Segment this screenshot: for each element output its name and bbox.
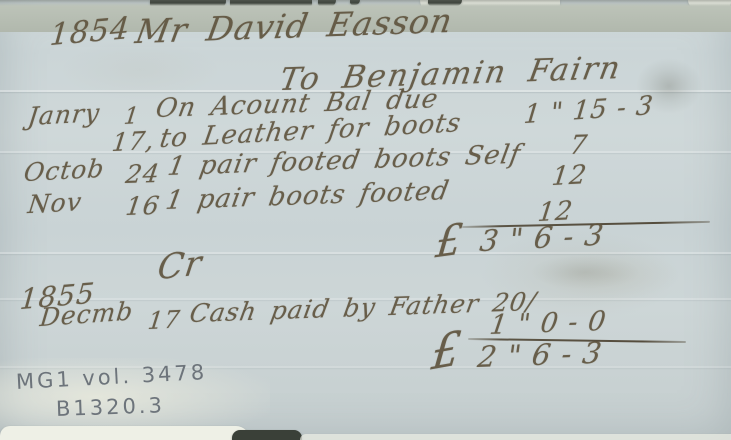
scanned-receipt-document: 1854 Mr David Easson To Benjamin Fairn J…: [0, 0, 731, 440]
debit-row-amount: 12: [550, 160, 589, 192]
torn-paper-bottom: [300, 434, 731, 440]
credit-row-description: Cash paid by Father 20/: [187, 287, 538, 328]
total-pound-sign: £: [433, 214, 466, 268]
debit-row-month: Nov: [26, 187, 84, 219]
balance-pound-sign: £: [429, 320, 465, 381]
torn-paper-bottom: [0, 426, 250, 440]
torn-edge-bottom: [232, 430, 302, 440]
debit-row-description: 1 pair boots footed: [163, 176, 452, 216]
debit-total-amount: 3 " 6 - 3: [478, 217, 606, 258]
balance-amount: 2 " 6 - 3: [476, 336, 605, 375]
credit-section-header: Cr: [155, 243, 205, 288]
debit-row-day: 16: [124, 191, 162, 221]
debit-row-day: 17,: [110, 126, 156, 157]
credit-row-month: Decmb: [38, 296, 134, 332]
debit-row-month: Octob: [22, 154, 106, 187]
ink-smudge: [530, 255, 640, 289]
header-year: 1854: [48, 11, 131, 53]
debit-row-amount: 7: [568, 130, 590, 161]
archive-reference-line2: B1320.3: [56, 393, 166, 421]
credit-row-day: 17: [146, 305, 182, 335]
debit-row-day: 24: [124, 159, 162, 189]
debit-row-month: Janry: [26, 98, 102, 131]
debit-row-amount: 1 " 15 - 3: [522, 91, 655, 130]
